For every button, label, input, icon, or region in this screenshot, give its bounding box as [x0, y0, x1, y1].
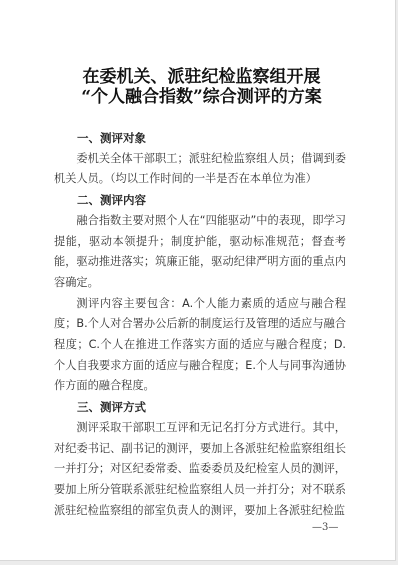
section-heading-1: 一、测评对象	[54, 128, 346, 149]
section-3-paragraph-1: 测评采取干部职工互评和无记名打分方式进行。其中，对纪委书记、副书记的测评，要加上…	[54, 418, 346, 522]
document-title: 在委机关、派驻纪检监察组开展 “个人融合指数”综合测评的方案	[0, 67, 398, 107]
section-1-paragraph-1: 委机关全体干部职工；派驻纪检监察组人员；借调到委机关人员。（均以工作时间的一半是…	[54, 149, 346, 190]
section-heading-2: 二、测评内容	[54, 190, 346, 211]
section-heading-3: 三、测评方式	[54, 397, 346, 418]
document-page: 在委机关、派驻纪检监察组开展 “个人融合指数”综合测评的方案 一、测评对象 委机…	[0, 0, 396, 561]
title-line-1: 在委机关、派驻纪检监察组开展	[0, 67, 398, 87]
section-2-paragraph-1: 融合指数主要对照个人在“四能驱动”中的表现，即学习提能，驱动本领提升；制度护能，…	[54, 211, 346, 294]
page-number: —3—	[312, 522, 338, 533]
document-body: 一、测评对象 委机关全体干部职工；派驻纪检监察组人员；借调到委机关人员。（均以工…	[54, 128, 346, 521]
title-line-2: “个人融合指数”综合测评的方案	[0, 87, 398, 107]
section-2-paragraph-2: 测评内容主要包含：A.个人能力素质的适应与融合程度；B.个人对合署办公后新的制度…	[54, 294, 346, 398]
